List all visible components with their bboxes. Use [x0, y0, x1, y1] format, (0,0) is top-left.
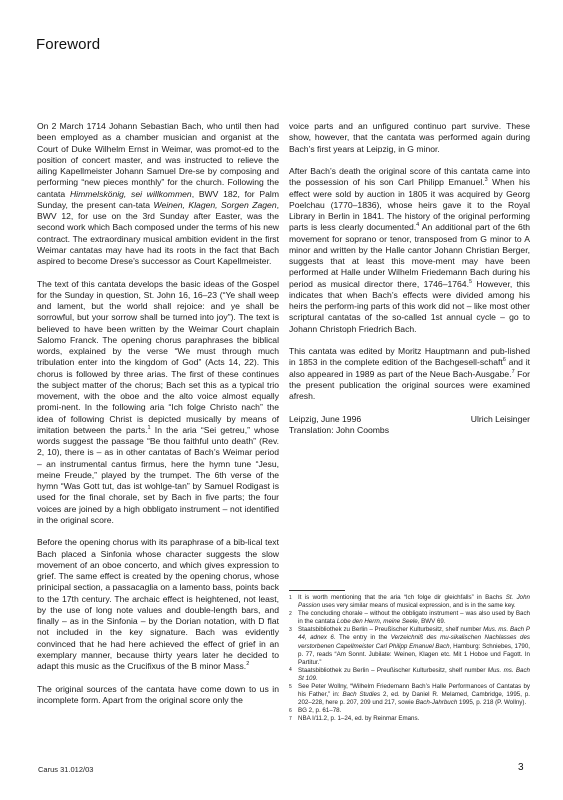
text: , BWV 69. — [418, 618, 446, 625]
text: 1995, p. 218 (P. Wollny). — [457, 699, 526, 706]
footnote-number: 3 — [289, 626, 292, 634]
paragraph: On 2 March 1714 Johann Sebastian Bach, w… — [37, 121, 279, 267]
footnote-number: 5 — [289, 683, 292, 691]
footnote-number: 1 — [289, 594, 292, 602]
text: Staatsbibliothek zu Berlin – Preußischer… — [298, 667, 488, 674]
text: It is worth mentioning that the aria “Ic… — [298, 594, 506, 601]
text: . The entry in the — [334, 634, 391, 641]
footnote: 3Staatsbibliothek zu Berlin – Preußische… — [289, 626, 530, 666]
author-name: Ulrich Leisinger — [471, 414, 530, 425]
work-title: Bach-Jahrbuch — [416, 699, 458, 706]
text: uses very similar means of musical expre… — [320, 602, 516, 609]
work-title: Bach Studies — [342, 691, 380, 698]
text: On 2 March 1714 Johann Sebastian Bach, w… — [37, 121, 279, 199]
text: In the aria “Sei getreu,” whose words su… — [37, 425, 279, 525]
footnote-number: 2 — [289, 610, 292, 618]
paragraph: The text of this cantata develops the ba… — [37, 279, 279, 527]
footnote-divider — [289, 590, 345, 591]
work-title: Weinen, Klagen, Sorgen Zagen — [154, 200, 277, 210]
paragraph: voice parts and an unfigured continuo pa… — [289, 121, 530, 155]
footnote-number: 6 — [289, 707, 292, 715]
footnote: 7NBA I/11.2, p. 1–24, ed. by Reinmar Ema… — [289, 715, 530, 723]
text: Before the opening chorus with its parap… — [37, 537, 279, 671]
left-column: On 2 March 1714 Johann Sebastian Bach, w… — [37, 121, 279, 717]
text: Staatsbibliothek zu Berlin – Preußischer… — [298, 626, 483, 633]
translator-credit: Translation: John Coombs — [289, 425, 530, 436]
text: . — [316, 675, 318, 682]
page-title: Foreword — [36, 36, 100, 53]
footnote: 1It is worth mentioning that the aria “I… — [289, 594, 530, 610]
text: The text of this cantata develops the ba… — [37, 279, 279, 435]
paragraph: After Bach’s death the original score of… — [289, 166, 530, 335]
signature-line: Leipzig, June 1996 Ulrich Leisinger — [289, 414, 530, 425]
work-title: Himmelskönig, sei willkommen — [70, 189, 192, 199]
text: voice parts and an unfigured continuo pa… — [289, 121, 530, 154]
footnote-number: 4 — [289, 666, 292, 674]
text: This cantata was edited by Moritz Hauptm… — [289, 346, 530, 367]
paragraph: This cantata was edited by Moritz Hauptm… — [289, 346, 530, 402]
footnote: 6BG 2, p. 61–78. — [289, 707, 530, 715]
text: The original sources of the cantata have… — [37, 684, 279, 705]
text: BG 2, p. 61–78. — [298, 707, 341, 714]
page-number: 3 — [518, 762, 524, 773]
text: NBA I/11.2, p. 1–24, ed. by Reinmar Eman… — [298, 715, 419, 722]
paragraph: The original sources of the cantata have… — [37, 684, 279, 707]
footnote: 2The concluding chorale – without the ob… — [289, 610, 530, 626]
footnote: 4Staatsbibliothek zu Berlin – Preußische… — [289, 667, 530, 683]
footnote-number: 7 — [289, 715, 292, 723]
footnote: 5See Peter Wollny, “Wilhelm Friedemann B… — [289, 683, 530, 707]
place-date: Leipzig, June 1996 — [289, 414, 361, 425]
paragraph: Before the opening chorus with its parap… — [37, 537, 279, 672]
right-column: voice parts and an unfigured continuo pa… — [289, 121, 530, 436]
catalog-number: Carus 31.012/03 — [38, 765, 93, 774]
work-title: Lobe den Herrn, meine Seele — [337, 618, 418, 625]
footnote-ref[interactable]: 2 — [246, 661, 249, 667]
footnotes: 1It is worth mentioning that the aria “I… — [289, 594, 530, 724]
